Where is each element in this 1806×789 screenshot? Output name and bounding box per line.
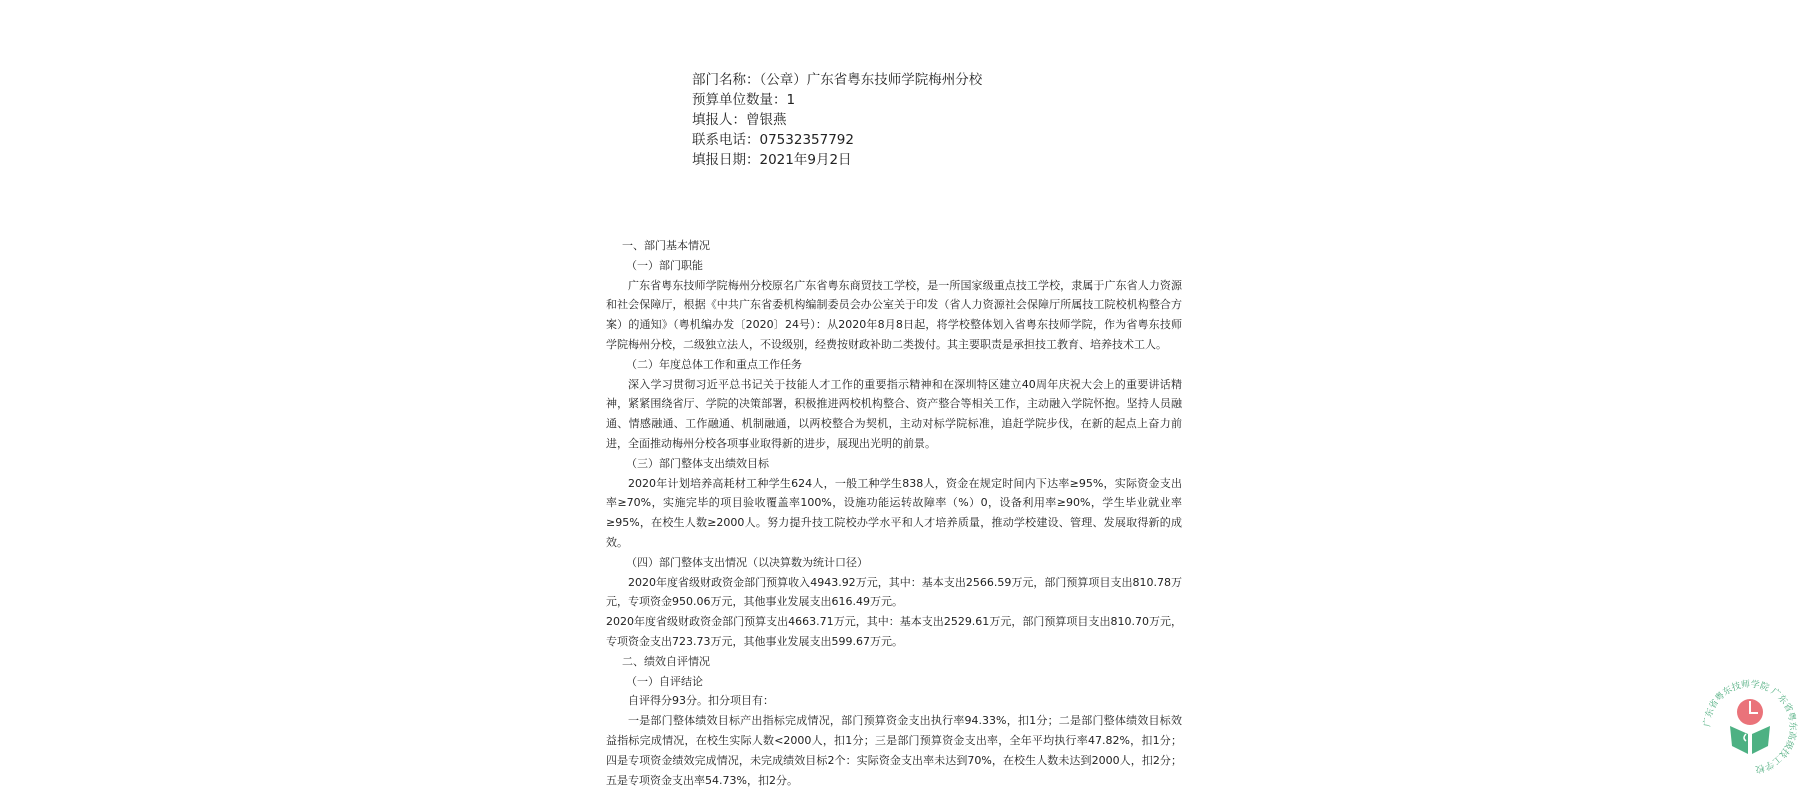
paragraph-functions: 广东省粤东技师学院梅州分校原名广东省粤东商贸技工学校，是一所国家级重点技工学校，… xyxy=(606,276,1182,355)
reporter-label: 填报人： xyxy=(692,112,746,128)
unit-count-row: 预算单位数量：1 xyxy=(692,90,982,110)
date-label: 填报日期： xyxy=(692,152,760,168)
department-name-row: 部门名称：（公章）广东省粤东技师学院梅州分校 xyxy=(692,70,982,90)
phone-row: 联系电话：07532357792 xyxy=(692,130,982,150)
department-value: （公章）广东省粤东技师学院梅州分校 xyxy=(760,72,983,88)
phone-value: 07532357792 xyxy=(760,132,854,148)
paragraph-deductions: 一是部门整体绩效目标产出指标完成情况，部门预算资金支出执行率94.33%，扣1分… xyxy=(606,711,1182,789)
phone-label: 联系电话： xyxy=(692,132,760,148)
unit-count-value: 1 xyxy=(787,92,796,108)
subheading-performance-goals: （三）部门整体支出绩效目标 xyxy=(606,454,1182,474)
report-body: 一、部门基本情况 （一）部门职能 广东省粤东技师学院梅州分校原名广东省粤东商贸技… xyxy=(606,236,1182,789)
paragraph-budget-expenditure: 2020年度省级财政资金部门预算支出4663.71万元，其中：基本支出2529.… xyxy=(606,612,1182,652)
subheading-annual-tasks: （二）年度总体工作和重点工作任务 xyxy=(606,355,1182,375)
paragraph-annual-tasks: 深入学习贯彻习近平总书记关于技能人才工作的重要指示精神和在深圳特区建立40周年庆… xyxy=(606,375,1182,454)
subheading-functions: （一）部门职能 xyxy=(606,256,1182,276)
section-heading-basic-info: 一、部门基本情况 xyxy=(606,236,1182,256)
subheading-conclusion: （一）自评结论 xyxy=(606,672,1182,692)
paragraph-budget-income: 2020年度省级财政资金部门预算收入4943.92万元，其中：基本支出2566.… xyxy=(606,573,1182,613)
reporter-value: 曾银燕 xyxy=(746,112,787,128)
subheading-expenditure: （四）部门整体支出情况（以决算数为统计口径） xyxy=(606,553,1182,573)
department-label: 部门名称： xyxy=(692,72,760,88)
school-logo-stamp: 广东省粤东技师学院 广东省粤东高级技工学校 xyxy=(1700,672,1800,782)
date-row: 填报日期：2021年9月2日 xyxy=(692,150,982,170)
reporter-row: 填报人：曾银燕 xyxy=(692,110,982,130)
paragraph-performance-goals: 2020年计划培养高耗材工种学生624人，一般工种学生838人，资金在规定时间内… xyxy=(606,474,1182,553)
report-header: 部门名称：（公章）广东省粤东技师学院梅州分校 预算单位数量：1 填报人：曾银燕 … xyxy=(692,70,982,170)
unit-count-label: 预算单位数量： xyxy=(692,92,787,108)
school-logo-icon: 广东省粤东技师学院 广东省粤东高级技工学校 xyxy=(1700,672,1800,782)
paragraph-score: 自评得分93分。扣分项目有： xyxy=(606,691,1182,711)
section-heading-self-evaluation: 二、绩效自评情况 xyxy=(606,652,1182,672)
date-value: 2021年9月2日 xyxy=(760,152,852,168)
